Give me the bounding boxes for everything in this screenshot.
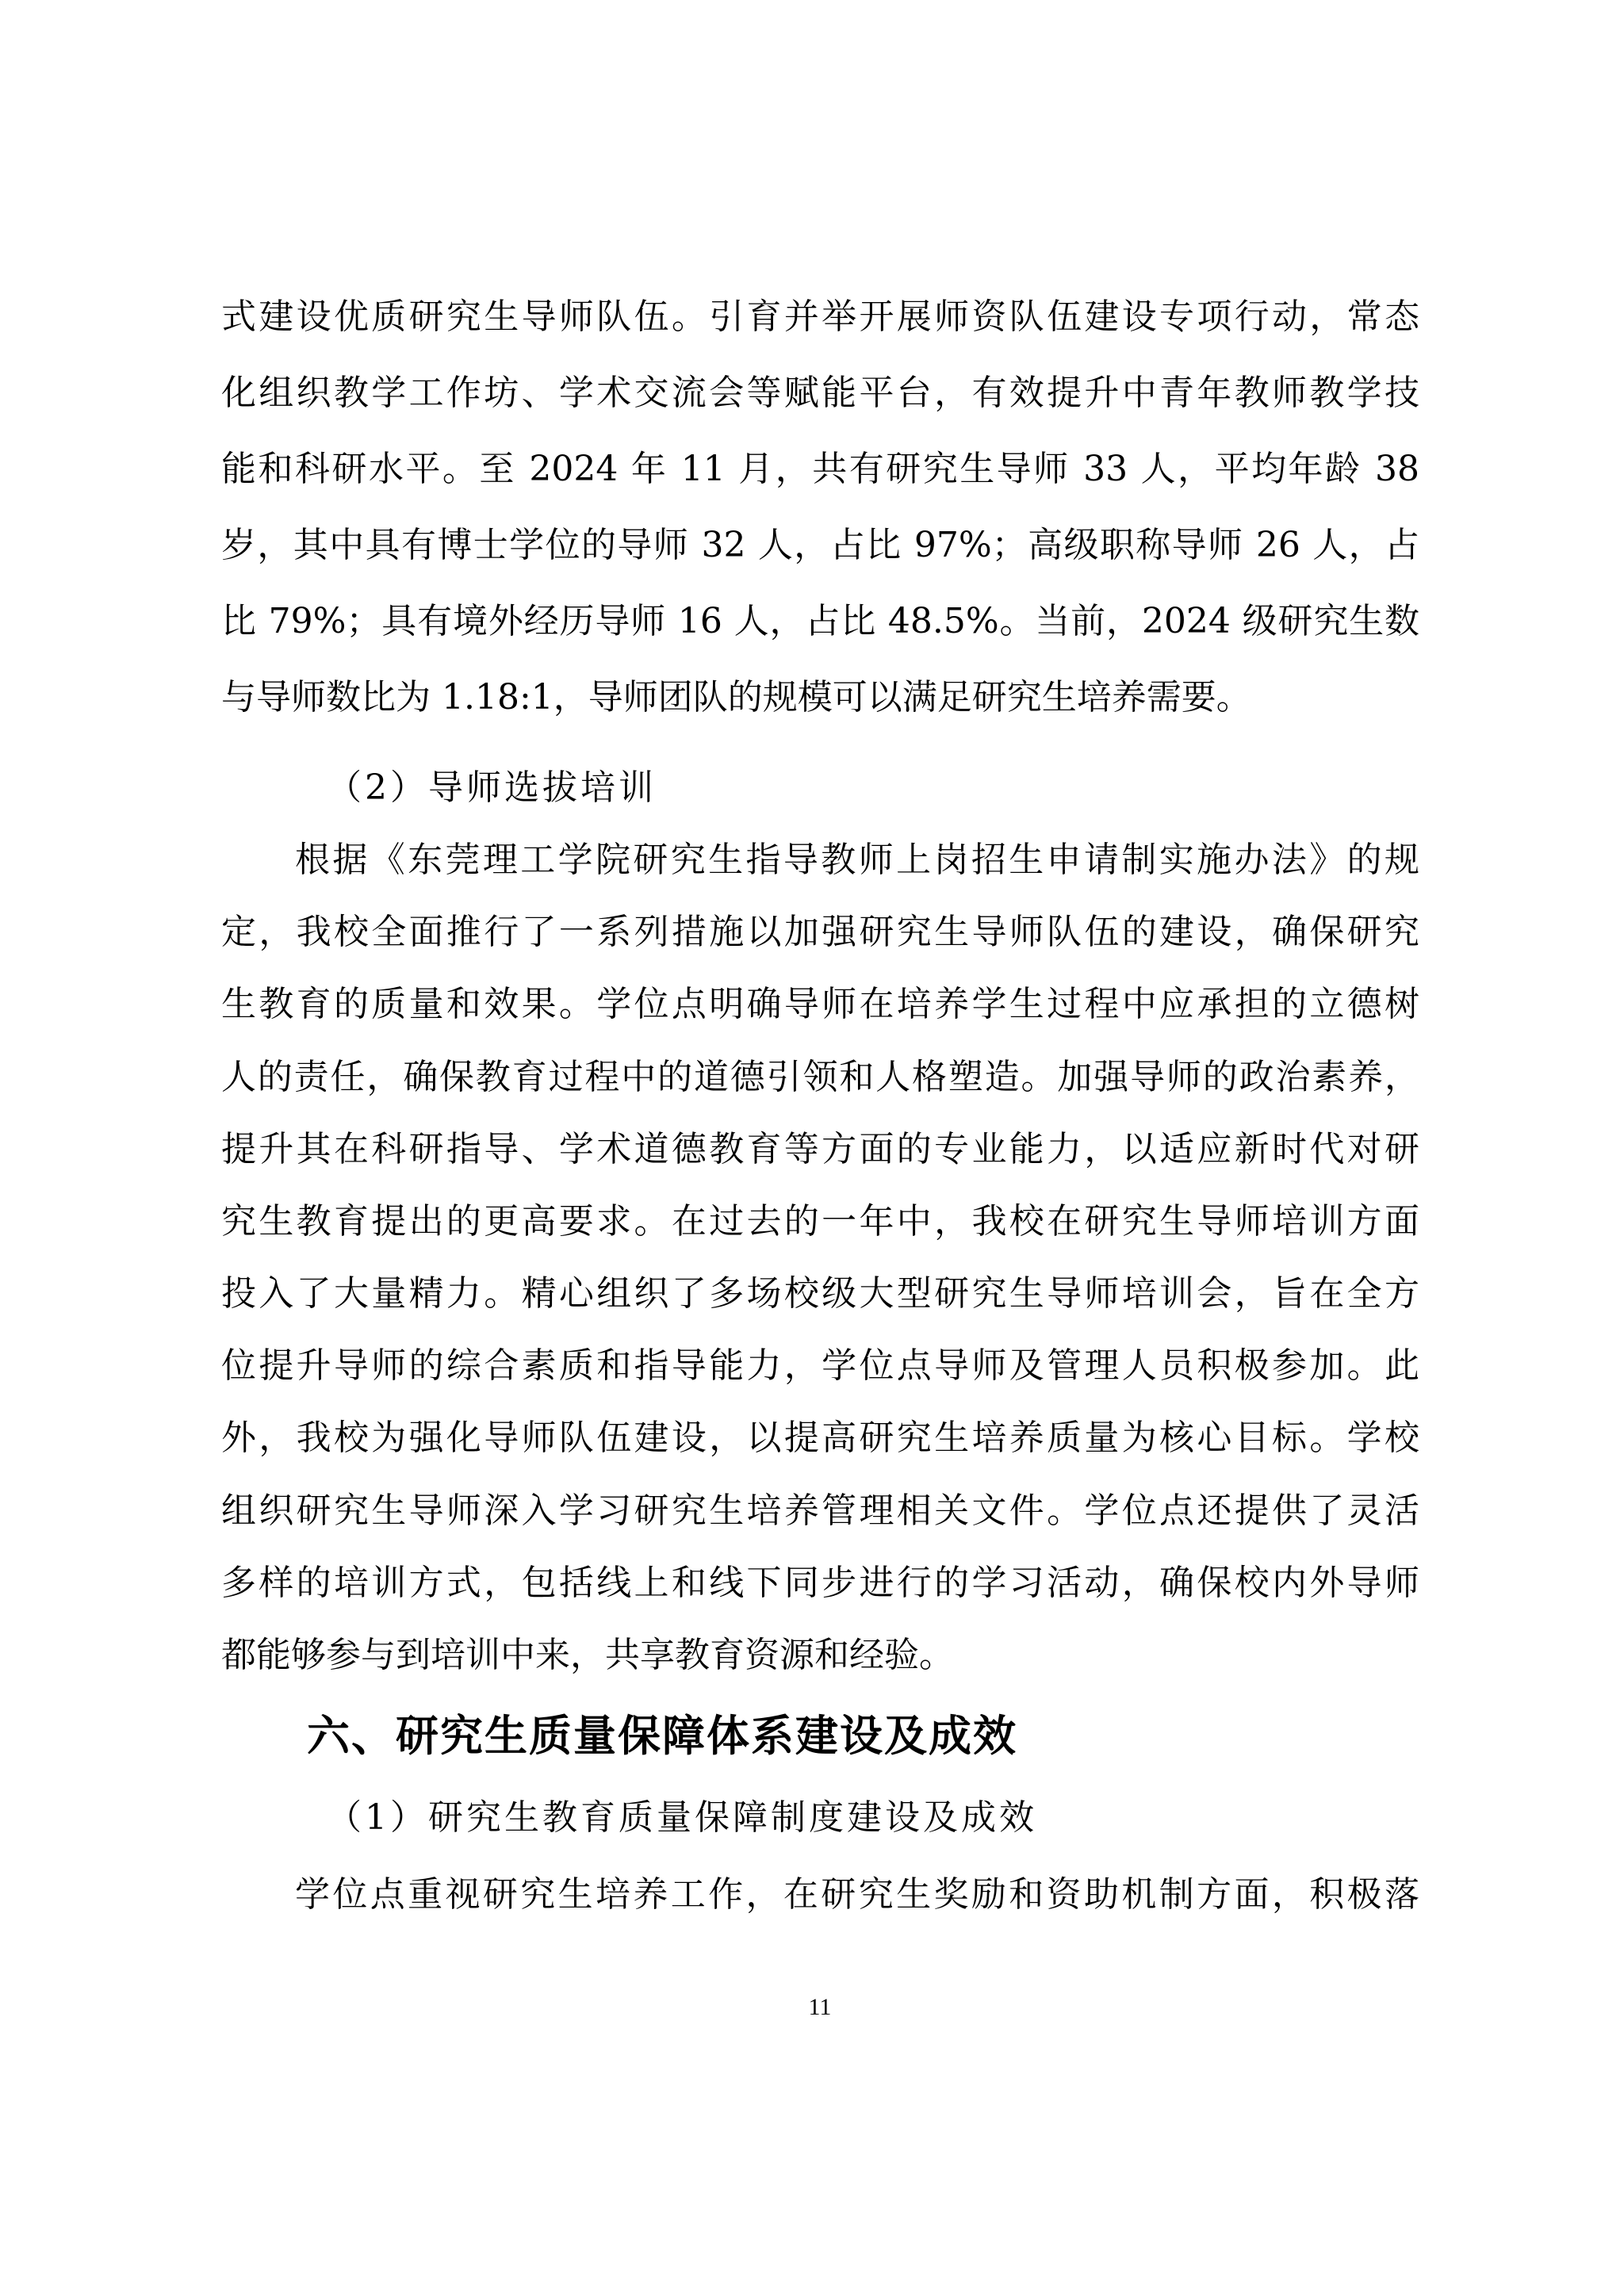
page-number: 11 [793,1993,847,2022]
document-page-lower: 六、研究生质量保障体系建设及成效 （1）研究生教育质量保障制度建设及成效 学位点… [0,0,1624,2296]
body-text-line: 学位点重视研究生培养工作，在研究生奖励和资助机制方面，积极落 [295,1871,1419,1919]
subheading-quality-assurance-system: （1）研究生教育质量保障制度建设及成效 [327,1794,1037,1842]
section-heading-quality-assurance: 六、研究生质量保障体系建设及成效 [307,1709,1017,1764]
